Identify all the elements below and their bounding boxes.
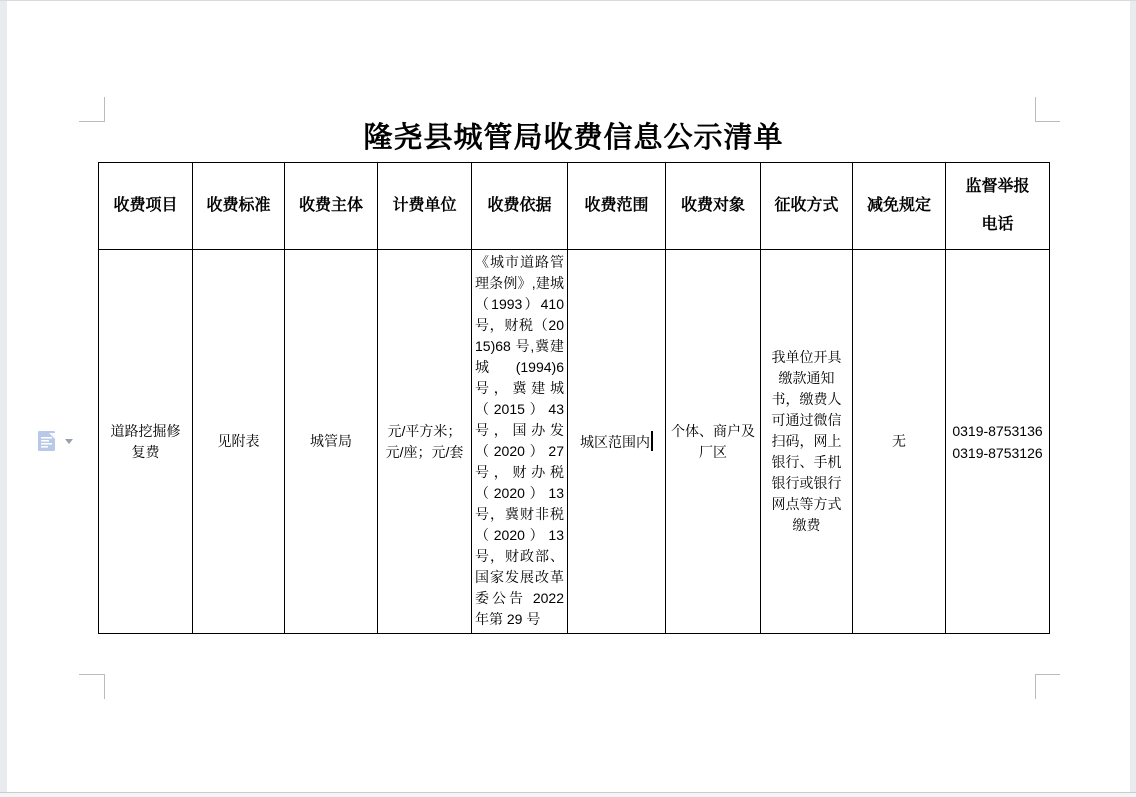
margin-mark-bottom-left-v (104, 674, 105, 699)
header-cell-target[interactable]: 收费对象 (666, 163, 761, 250)
margin-mark-top-right-v (1035, 97, 1036, 122)
cell-agency[interactable]: 城管局 (285, 250, 378, 634)
page-title[interactable]: 隆尧县城管局收费信息公示清单 (98, 120, 1049, 158)
text-cursor (651, 431, 653, 451)
margin-mark-bottom-right-v (1035, 674, 1036, 699)
cell-basis[interactable]: 《城市道路管理条例》,建城（1993）410 号，财税（2015)68 号,冀建… (472, 250, 568, 634)
cell-scope[interactable]: 城区范围内 (568, 250, 666, 634)
header-cell-exemption[interactable]: 减免规定 (853, 163, 946, 250)
margin-mark-bottom-left-h (79, 674, 104, 675)
table-header-row: 收费项目 收费标准 收费主体 计费单位 收费依据 收费范围 收费对象 征收方式 … (99, 163, 1050, 250)
header-cell-phone[interactable]: 监督举报电话 (946, 163, 1050, 250)
fee-table: 收费项目 收费标准 收费主体 计费单位 收费依据 收费范围 收费对象 征收方式 … (98, 162, 1050, 634)
header-cell-agency[interactable]: 收费主体 (285, 163, 378, 250)
cell-target[interactable]: 个体、商户及厂区 (666, 250, 761, 634)
window-bottom-strip (0, 793, 1136, 797)
margin-mark-bottom-right-h (1035, 674, 1060, 675)
header-cell-item[interactable]: 收费项目 (99, 163, 193, 250)
header-cell-basis[interactable]: 收费依据 (472, 163, 568, 250)
cell-item[interactable]: 道路挖掘修复费 (99, 250, 193, 634)
canvas-gutter-left (0, 0, 7, 797)
cell-phone[interactable]: 0319-8753136 0319-8753126 (946, 250, 1050, 634)
paste-options-icon (36, 429, 58, 453)
chevron-down-icon (65, 439, 73, 444)
cell-exemption[interactable]: 无 (853, 250, 946, 634)
window-top-border (0, 0, 1136, 1)
paste-options-button[interactable] (36, 429, 78, 455)
header-cell-standard[interactable]: 收费标准 (193, 163, 285, 250)
cell-unit[interactable]: 元/平方米；元/座；元/套 (378, 250, 472, 634)
cell-scope-text: 城区范围内 (580, 434, 650, 450)
header-cell-method[interactable]: 征收方式 (761, 163, 853, 250)
cell-standard[interactable]: 见附表 (193, 250, 285, 634)
word-processor-page: { "page": { "title": "隆尧县城管局收费信息公示清单" },… (0, 0, 1136, 797)
canvas-gutter-right (1130, 0, 1136, 797)
header-cell-unit[interactable]: 计费单位 (378, 163, 472, 250)
cell-method[interactable]: 我单位开具缴款通知书，缴费人可通过微信扫码，网上银行、手机银行或银行网点等方式缴… (761, 250, 853, 634)
header-cell-scope[interactable]: 收费范围 (568, 163, 666, 250)
table-row: 道路挖掘修复费 见附表 城管局 元/平方米；元/座；元/套 《城市道路管理条例》… (99, 250, 1050, 634)
margin-mark-top-left-v (104, 97, 105, 122)
